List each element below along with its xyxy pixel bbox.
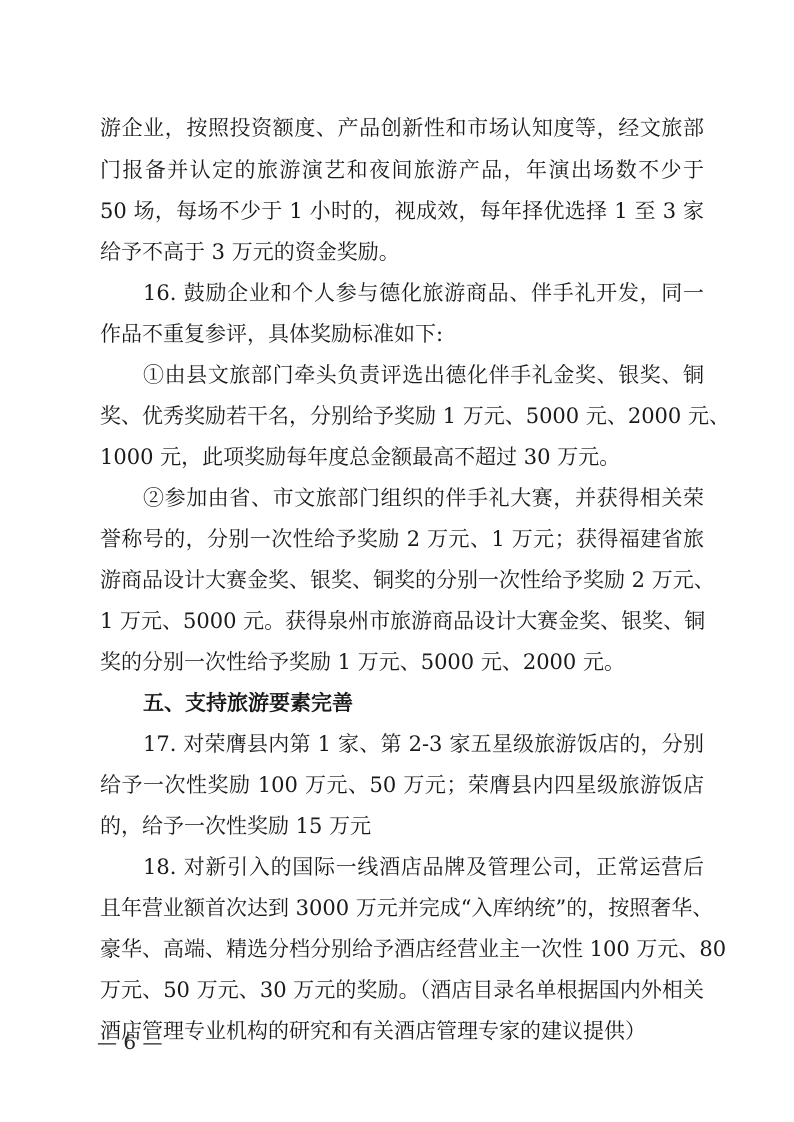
text-line: 酒店管理专业机构的研究和有关酒店管理专家的建议提供） bbox=[100, 1011, 704, 1051]
paragraph-18-start: 18. 对新引入的国际一线酒店品牌及管理公司，正常运营后 bbox=[143, 847, 704, 887]
paragraph-16-start: 16. 鼓励企业和个人参与德化旅游商品、伴手礼开发，同一 bbox=[143, 273, 704, 313]
text-line: 1 万元、5000 元。获得泉州市旅游商品设计大赛金奖、银奖、铜 bbox=[100, 601, 704, 641]
document-page: 游企业，按照投资额度、产品创新性和市场认知度等，经文旅部 门报备并认定的旅游演艺… bbox=[0, 0, 794, 1122]
text-line: 的，给予一次性奖励 15 万元 bbox=[100, 806, 704, 846]
text-line: 誉称号的，分别一次性给予奖励 2 万元、1 万元；获得福建省旅 bbox=[100, 519, 704, 559]
text-line: 万元、50 万元、30 万元的奖励。（酒店目录名单根据国内外相关 bbox=[100, 970, 704, 1010]
item-2-start: ②参加由省、市文旅部门组织的伴手礼大赛，并获得相关荣 bbox=[143, 478, 704, 518]
text-line: 奖的分别一次性给予奖励 1 万元、5000 元、2000 元。 bbox=[100, 642, 704, 682]
text-line: 且年营业额首次达到 3000 万元并完成“入库纳统”的，按照奢华、 bbox=[100, 888, 704, 928]
text-line: 奖、优秀奖励若干名，分别给予奖励 1 万元、5000 元、2000 元、 bbox=[100, 396, 704, 436]
paragraph-17-start: 17. 对荣膺县内第 1 家、第 2-3 家五星级旅游饭店的，分别 bbox=[143, 724, 704, 764]
text-line: 游商品设计大赛金奖、银奖、铜奖的分别一次性给予奖励 2 万元、 bbox=[100, 560, 704, 600]
text-line: 1000 元，此项奖励每年度总金额最高不超过 30 万元。 bbox=[100, 437, 704, 477]
text-line: 门报备并认定的旅游演艺和夜间旅游产品，年演出场数不少于 bbox=[100, 150, 704, 190]
text-line: 游企业，按照投资额度、产品创新性和市场认知度等，经文旅部 bbox=[100, 108, 704, 148]
text-line: 给予不高于 3 万元的资金奖励。 bbox=[100, 232, 704, 272]
section-heading: 五、支持旅游要素完善 bbox=[143, 683, 704, 723]
text-line: 作品不重复参评，具体奖励标准如下: bbox=[100, 314, 704, 354]
text-line: 豪华、高端、精选分档分别给予酒店经营业主一次性 100 万元、80 bbox=[100, 929, 704, 969]
item-1-start: ①由县文旅部门牵头负责评选出德化伴手礼金奖、银奖、铜 bbox=[143, 355, 704, 395]
text-line: 给予一次性奖励 100 万元、50 万元；荣膺县内四星级旅游饭店 bbox=[100, 765, 704, 805]
text-line: 50 场，每场不少于 1 小时的，视成效，每年择优选择 1 至 3 家 bbox=[100, 191, 704, 231]
page-number: — 6 — bbox=[97, 1030, 162, 1054]
